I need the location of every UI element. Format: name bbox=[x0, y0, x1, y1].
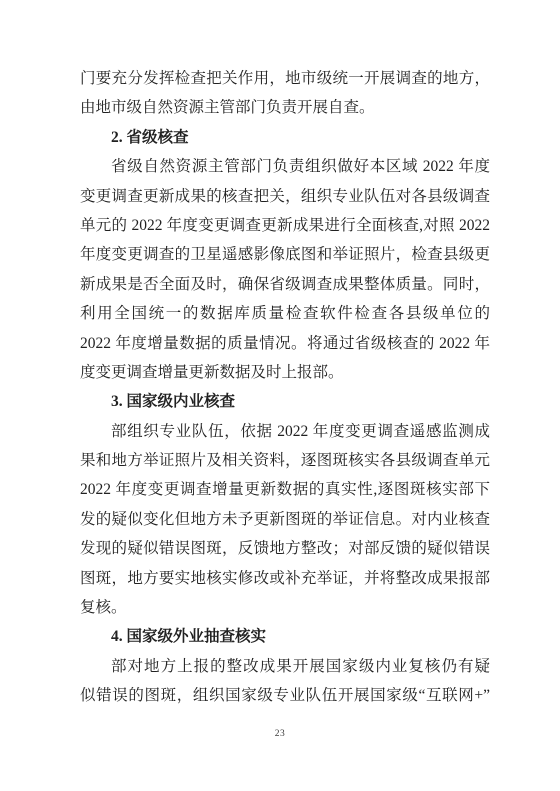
text-line: 由地市级自然资源主管部门负责开展自查。 bbox=[80, 93, 490, 122]
text-line: 2022 年度变更调查增量更新数据的真实性,逐图斑核实部下 bbox=[80, 475, 490, 504]
text-line: 发的疑似变化但地方未予更新图斑的举证信息。对内业核查 bbox=[80, 505, 490, 534]
text-line: 利用全国统一的数据库质量检查软件检查各县级单位的 bbox=[80, 299, 490, 328]
text-line: 复核。 bbox=[80, 593, 490, 622]
text-line: 变更调查更新成果的核查把关，组织专业队伍对各县级调查 bbox=[80, 182, 490, 211]
text-line: 2022 年度增量数据的质量情况。将通过省级核查的 2022 年 bbox=[80, 329, 490, 358]
text-line: 似错误的图斑，组织国家级专业队伍开展国家级“互联网+” bbox=[80, 681, 490, 710]
text-line: 部组织专业队伍，依据 2022 年度变更调查遥感监测成 bbox=[80, 417, 490, 446]
section-heading: 3. 国家级内业核查 bbox=[80, 387, 490, 416]
text-line: 单元的 2022 年度变更调查更新成果进行全面核查,对照 2022 bbox=[80, 211, 490, 240]
text-line: 度变更调查增量更新数据及时上报部。 bbox=[80, 358, 490, 387]
text-line: 图斑，地方要实地核实修改或补充举证，并将整改成果报部 bbox=[80, 564, 490, 593]
text-line: 省级自然资源主管部门负责组织做好本区域 2022 年度 bbox=[80, 152, 490, 181]
section-heading: 2. 省级核查 bbox=[80, 123, 490, 152]
document-body: 门要充分发挥检查把关作用，地市级统一开展调查的地方，由地市级自然资源主管部门负责… bbox=[80, 64, 490, 711]
text-line: 果和地方举证照片及相关资料，逐图斑核实各县级调查单元 bbox=[80, 446, 490, 475]
section-heading: 4. 国家级外业抽查核实 bbox=[80, 622, 490, 651]
text-line: 年度变更调查的卫星遥感影像底图和举证照片，检查县级更 bbox=[80, 240, 490, 269]
text-line: 门要充分发挥检查把关作用，地市级统一开展调查的地方， bbox=[80, 64, 490, 93]
page-number: 23 bbox=[0, 729, 560, 739]
text-line: 部对地方上报的整改成果开展国家级内业复核仍有疑 bbox=[80, 652, 490, 681]
text-line: 新成果是否全面及时，确保省级调查成果整体质量。同时， bbox=[80, 270, 490, 299]
document-page: 门要充分发挥检查把关作用，地市级统一开展调查的地方，由地市级自然资源主管部门负责… bbox=[0, 0, 560, 791]
text-line: 发现的疑似错误图斑，反馈地方整改；对部反馈的疑似错误 bbox=[80, 534, 490, 563]
